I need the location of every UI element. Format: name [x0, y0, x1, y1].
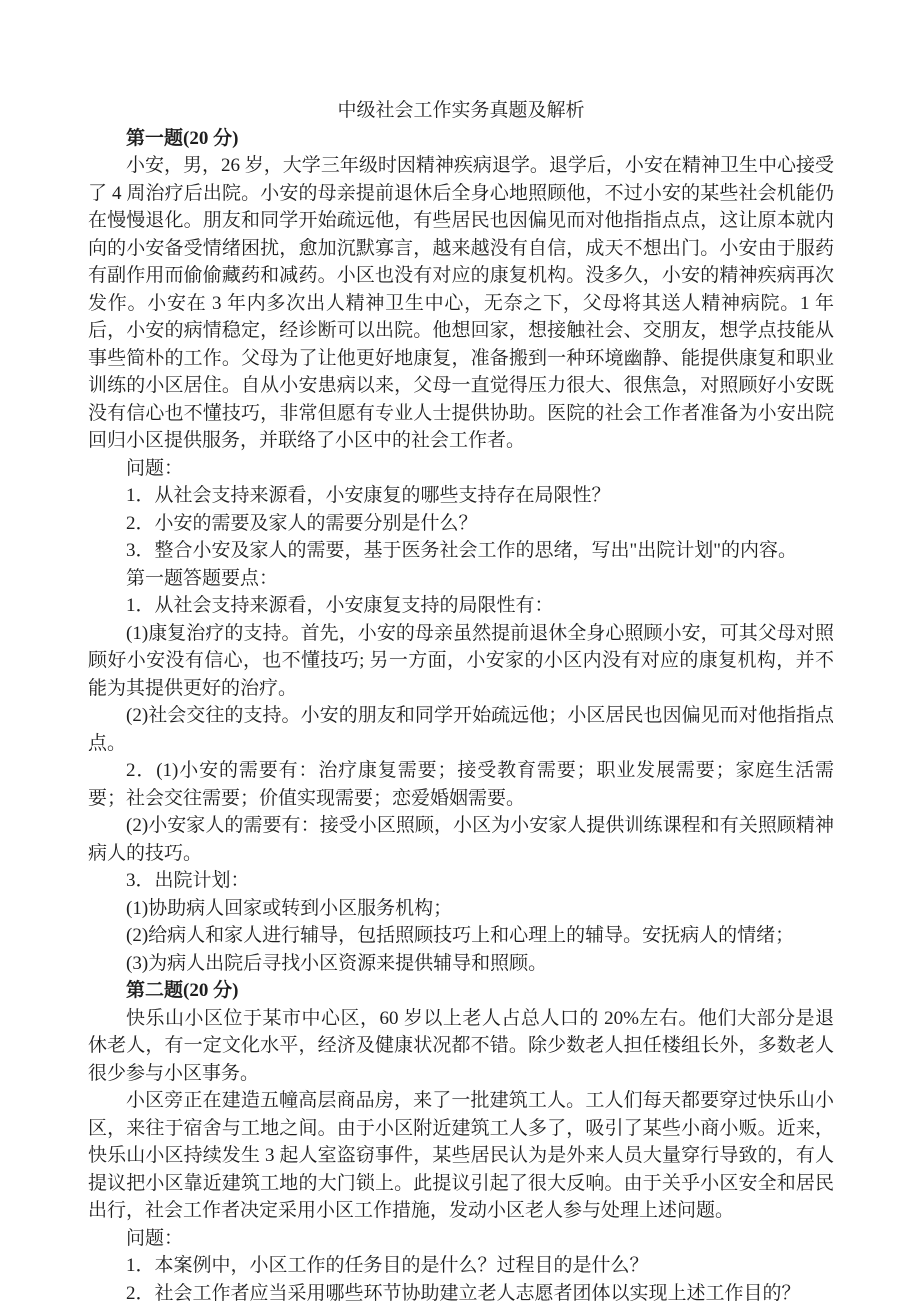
question2-questions-label: 问题： — [88, 1225, 834, 1253]
question2-case-text-1: 快乐山小区位于某市中心区，60 岁以上老人占总人口的 20%左右。他们大部分是退… — [88, 1005, 834, 1088]
discharge-plan-step-2: (2)给病人和家人进行辅导，包括照顾技巧上和心理上的辅导。安抚病人的情绪； — [88, 922, 834, 950]
question1-questions-label: 问题： — [88, 455, 834, 483]
question1-heading: 第一题(20 分) — [88, 125, 834, 153]
answer1-point-1-detail-2: (2)社会交往的支持。小安的朋友和同学开始疏远他；小区居民也因偏见而对他指指点点… — [88, 702, 834, 757]
document-page: 中级社会工作实务真题及解析 第一题(20 分) 小安，男，26 岁，大学三年级时… — [0, 0, 920, 1302]
question1-item-1: 1．从社会支持来源看，小安康复的哪些支持存在局限性？ — [88, 482, 834, 510]
discharge-plan-step-1: (1)协助病人回家或转到小区服务机构； — [88, 895, 834, 923]
question1-answer-heading: 第一题答题要点： — [88, 565, 834, 593]
answer1-point-2-part-2: (2)小安家人的需要有：接受小区照顾，小区为小安家人提供训练课程和有关照顾精神病… — [88, 812, 834, 867]
discharge-plan-step-3: (3)为病人出院后寻找小区资源来提供辅导和照顾。 — [88, 950, 834, 978]
question1-case-text: 小安，男，26 岁，大学三年级时因精神疾病退学。退学后，小安在精神卫生中心接受了… — [88, 152, 834, 455]
question1-item-2: 2．小安的需要及家人的需要分别是什么？ — [88, 510, 834, 538]
question2-item-2: 2．社会工作者应当采用哪些环节协助建立老人志愿者团体以实现上述工作目的？ — [88, 1280, 834, 1302]
answer1-point-2-part-1: 2．(1)小安的需要有：治疗康复需要；接受教育需要；职业发展需要；家庭生活需要；… — [88, 757, 834, 812]
answer1-point-1-detail-1: (1)康复治疗的支持。首先，小安的母亲虽然提前退休全身心照顾小安，可其父母对照顾… — [88, 620, 834, 703]
answer1-point-1: 1．从社会支持来源看，小安康复支持的局限性有： — [88, 592, 834, 620]
answer1-point-3: 3．出院计划： — [88, 867, 834, 895]
document-body: 中级社会工作实务真题及解析 第一题(20 分) 小安，男，26 岁，大学三年级时… — [0, 0, 920, 1302]
question2-item-1: 1．本案例中，小区工作的任务目的是什么？过程目的是什么？ — [88, 1252, 834, 1280]
question2-heading: 第二题(20 分) — [88, 977, 834, 1005]
question1-item-3: 3．整合小安及家人的需要，基于医务社会工作的思绪，写出"出院计划"的内容。 — [88, 537, 834, 565]
question2-case-text-2: 小区旁正在建造五幢高层商品房，来了一批建筑工人。工人们每天都要穿过快乐山小区，来… — [88, 1087, 834, 1225]
document-title: 中级社会工作实务真题及解析 — [88, 97, 834, 125]
